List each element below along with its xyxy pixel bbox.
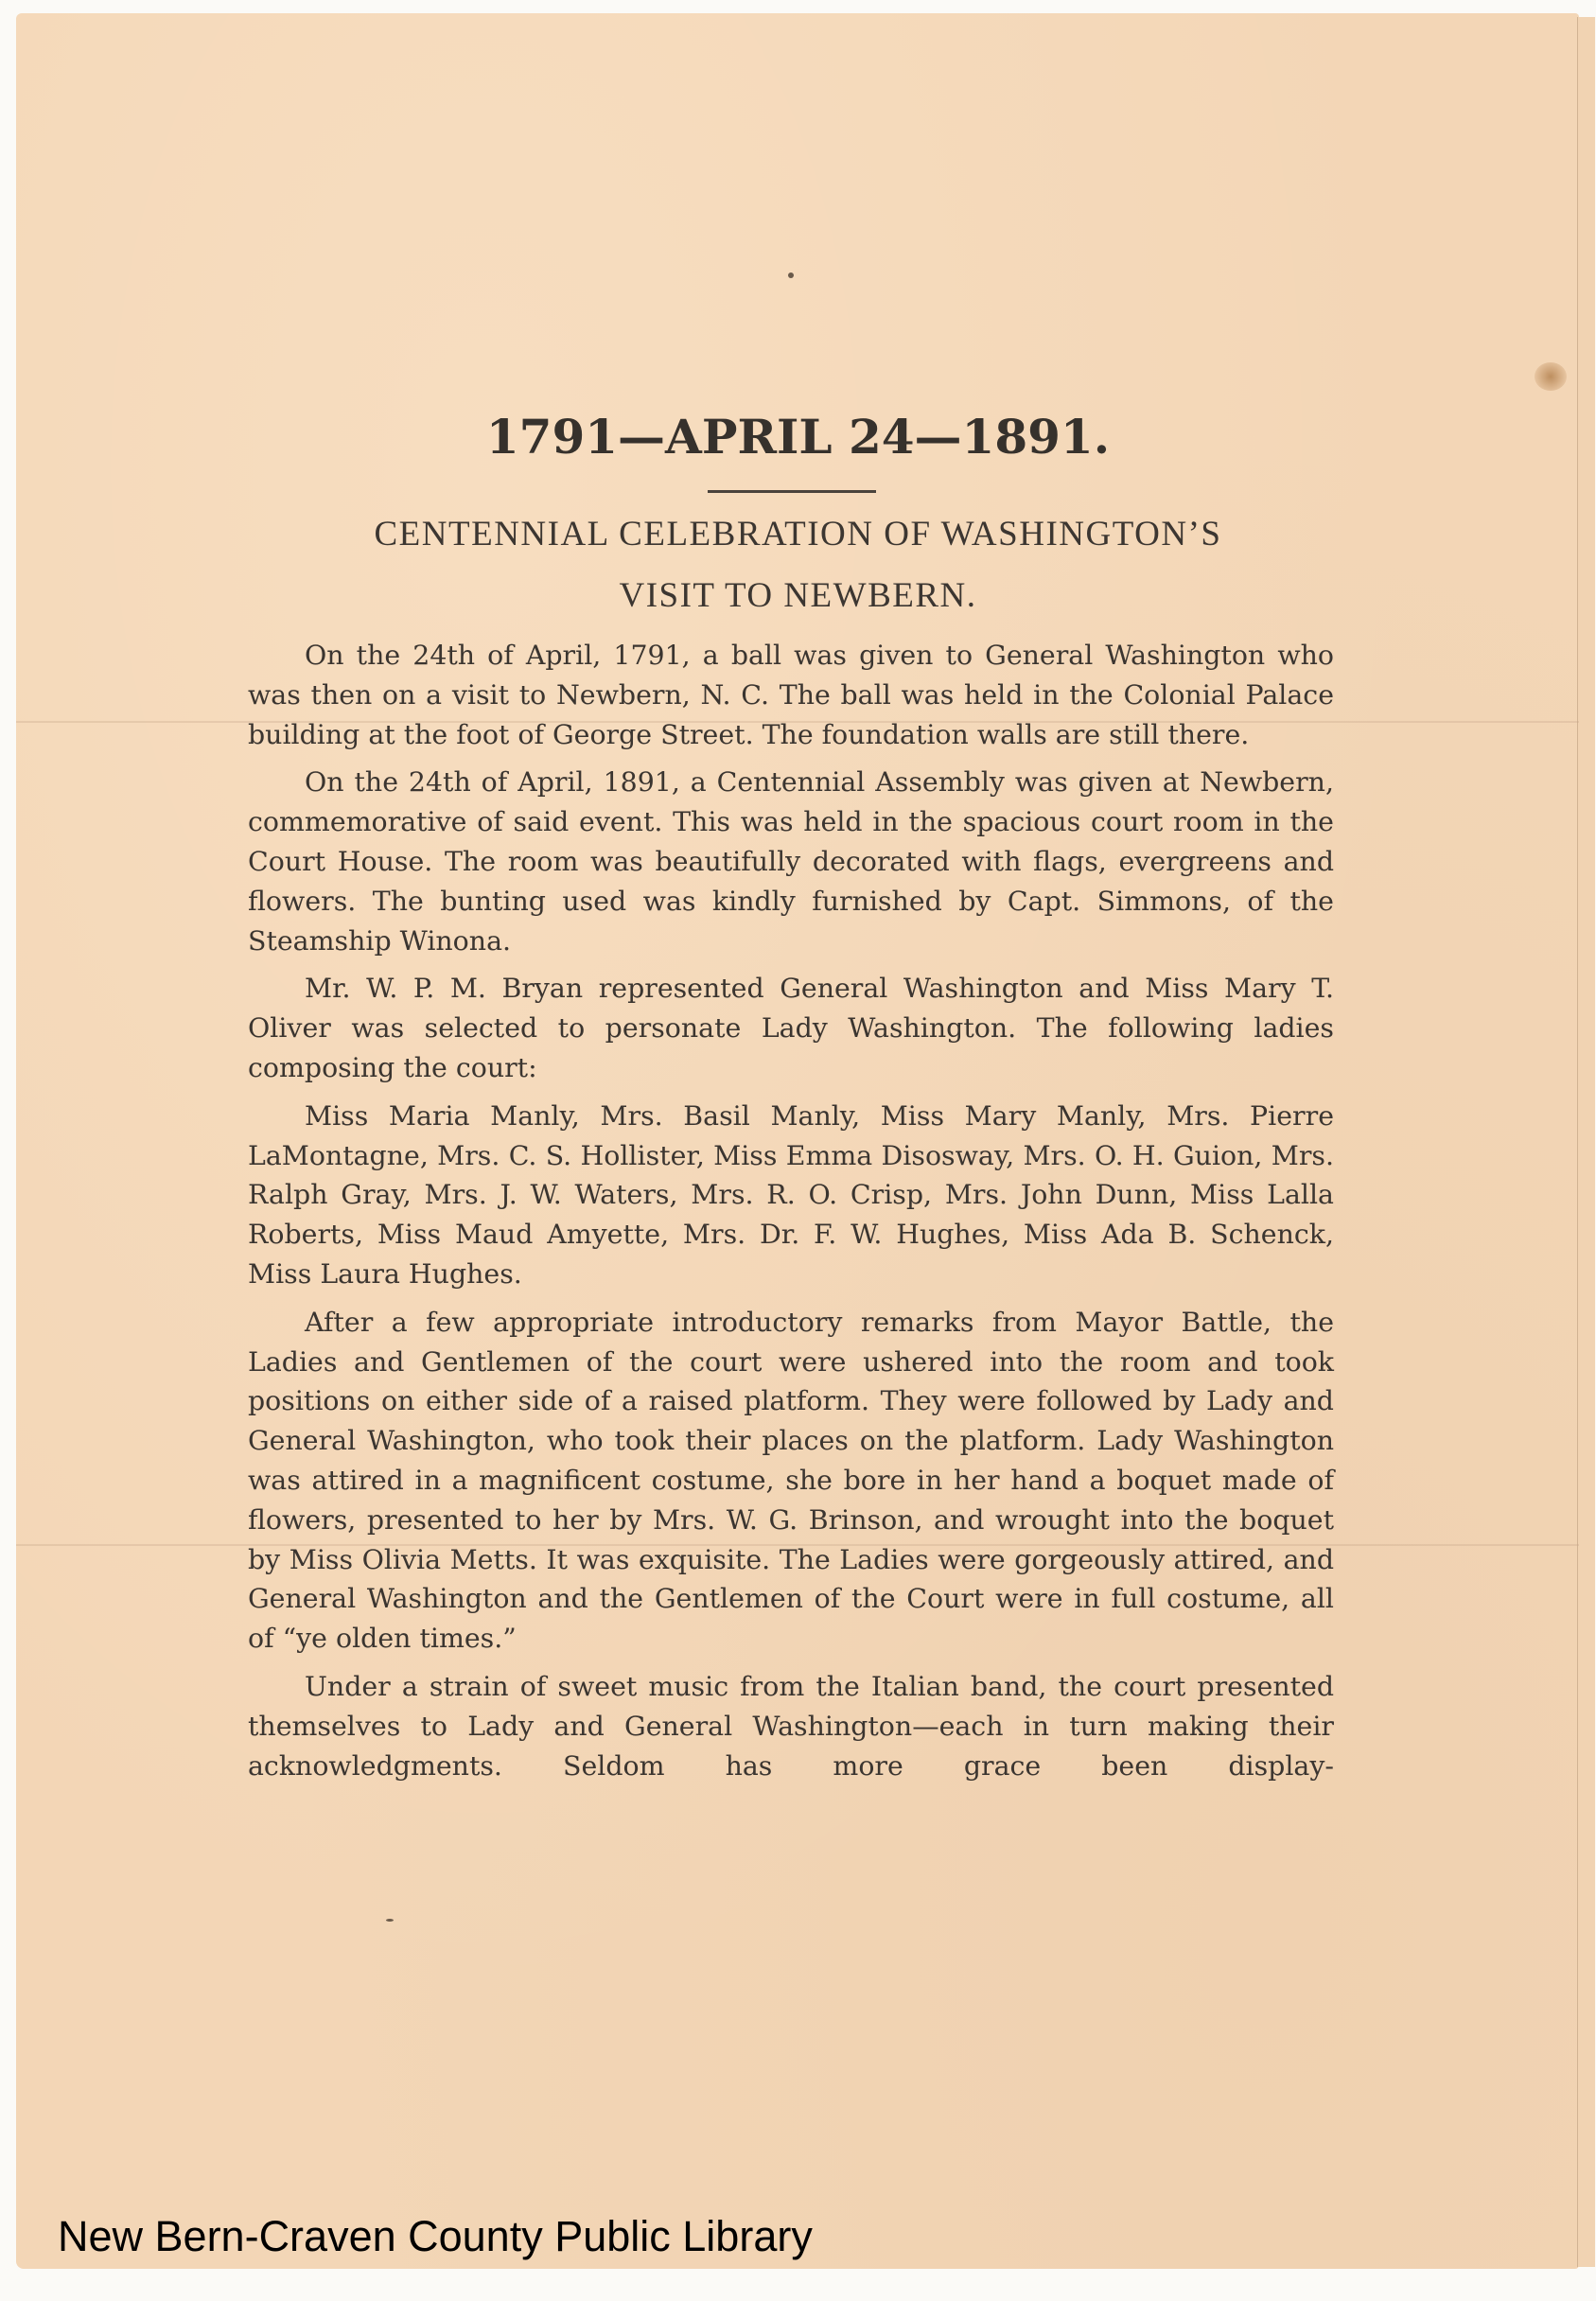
- paragraph-3: Mr. W. P. M. Bryan represented General W…: [248, 969, 1334, 1087]
- subtitle-line-1: CENTENNIAL CELEBRATION OF WASHINGTON’S: [0, 514, 1596, 554]
- paragraph-6: Under a strain of sweet music from the I…: [248, 1667, 1334, 1785]
- paragraph-5: After a few appropriate introductory rem…: [248, 1303, 1334, 1659]
- page-title: 1791—APRIL 24—1891.: [0, 409, 1596, 465]
- title-divider: [708, 490, 876, 493]
- article-body: On the 24th of April, 1791, a ball was g…: [248, 636, 1334, 1794]
- paragraph-2: On the 24th of April, 1891, a Centennial…: [248, 763, 1334, 960]
- folded-page-edge: [1577, 17, 1595, 2267]
- ink-speck: [386, 1919, 394, 1922]
- paper-stain: [1535, 362, 1567, 391]
- subtitle-line-2: VISIT TO NEWBERN.: [0, 575, 1596, 616]
- ink-speck: [788, 272, 794, 278]
- library-watermark: New Bern-Craven County Public Library: [58, 2212, 813, 2261]
- paragraph-court-list: Miss Maria Manly, Mrs. Basil Manly, Miss…: [248, 1097, 1334, 1294]
- paragraph-1: On the 24th of April, 1791, a ball was g…: [248, 636, 1334, 754]
